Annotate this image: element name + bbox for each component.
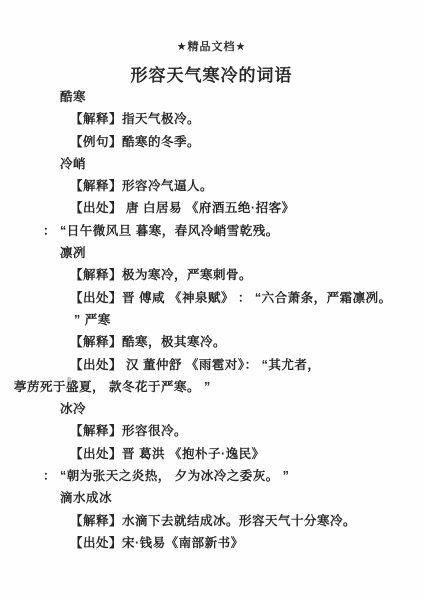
doc-body: 酷寒 【解释】指天气极冷。 【例句】酷寒的冬季。 冷峭 【解释】形容冷气逼人。 … xyxy=(0,86,423,554)
scan-noise-speck xyxy=(67,377,71,382)
term-lengqiao: 冷峭 xyxy=(0,153,423,175)
definition-line: 【解释】极为寒冷，严寒刺骨。 xyxy=(0,264,423,286)
definition-line: 【解释】指天气极冷。 xyxy=(0,108,423,130)
definition-line: 【解释】形容冷气逼人。 xyxy=(0,175,423,197)
term-linlie: 凛冽 xyxy=(0,242,423,264)
quote-continuation: ： “日午微风旦 暮寒，春风冷峭雪乾残。 xyxy=(0,220,423,242)
source-line: 【出处】晋 傅咸 《神泉赋》 ： “六合萧条，严霜凛冽。 xyxy=(0,287,423,309)
doc-header-label: ★精品文档★ xyxy=(0,38,423,54)
definition-line: 【解释】酷寒，极其寒冷。 xyxy=(0,331,423,353)
source-line: 【出处】 汉 董仲舒 《雨雹对》： “其尤者， xyxy=(0,354,423,376)
doc-title: 形容天气寒冷的词语 xyxy=(0,61,423,86)
definition-line: 【解释】形容很冷。 xyxy=(0,420,423,442)
definition-line: 【解释】水滴下去就结成冰。形容天气十分寒冷。 xyxy=(0,510,423,532)
quote-wrapped-line: 葶苈死于盛夏， 款冬花于严寒。 ” xyxy=(0,376,423,398)
source-line: 【出处】宋·钱易《南部新书》 xyxy=(0,532,423,554)
source-line: 【出处】 唐 白居易 《府酒五绝·招客》 xyxy=(0,197,423,219)
term-yanhan: ” 严寒 xyxy=(0,309,423,331)
term-kuhan: 酷寒 xyxy=(0,86,423,108)
document-page: ★精品文档★ 形容天气寒冷的词语 酷寒 【解释】指天气极冷。 【例句】酷寒的冬季… xyxy=(0,0,423,600)
term-bingleng: 冰冷 xyxy=(0,398,423,420)
example-line: 【例句】酷寒的冬季。 xyxy=(0,131,423,153)
term-dishuichengbing: 滴水成冰 xyxy=(0,487,423,509)
source-line: 【出处】晋 葛洪 《抱朴子·逸民》 xyxy=(0,443,423,465)
quote-continuation: ： “朝为张天之炎热， 夕为冰冷之委灰。 ” xyxy=(0,465,423,487)
